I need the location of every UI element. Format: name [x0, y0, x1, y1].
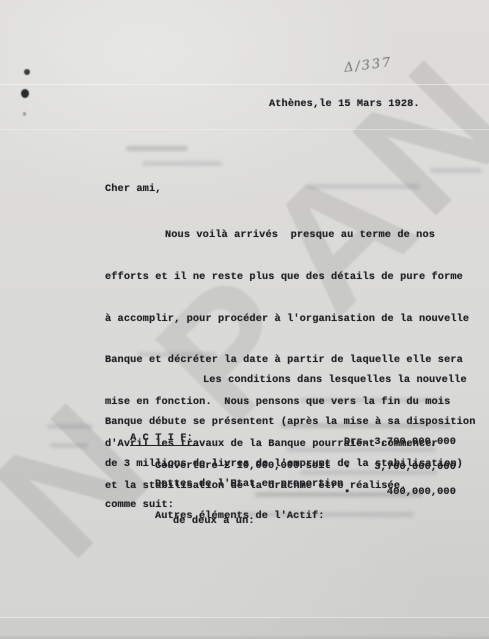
- paragraph-line: Nous voilà arrivés presque au terme de n…: [105, 227, 469, 245]
- amount: 400,000,000: [387, 486, 456, 498]
- paper-crease: [0, 129, 489, 130]
- row-value: Drs. 3,700,000,000: [344, 436, 456, 448]
- ink-spot: [21, 89, 29, 98]
- bleedthrough-smudge: [308, 184, 420, 189]
- row-label: Autres éléments de l'Actif:: [155, 510, 456, 523]
- amount: 3,700,000,000: [374, 436, 456, 448]
- row-value: ▪ 400,000,000: [344, 486, 456, 498]
- paper-crease: [0, 84, 489, 85]
- bleedthrough-smudge: [142, 161, 222, 166]
- paragraph-line: Les conditions dans lesquelles la nouvel…: [105, 372, 484, 390]
- salutation: Cher ami,: [105, 183, 162, 195]
- scanned-letter-page: N P A N Δ/337 Athènes,le 15 Mars 1928. C…: [0, 0, 489, 639]
- bleedthrough-smudge: [126, 146, 188, 151]
- bleedthrough-smudge: [47, 424, 93, 429]
- dateline: Athènes,le 15 Mars 1928.: [269, 98, 420, 110]
- paper-bottom-edge: [0, 617, 489, 639]
- bleedthrough-smudge: [50, 443, 88, 448]
- ink-spot: [24, 69, 30, 75]
- paragraph-line: efforts et il ne reste plus que des déta…: [105, 269, 469, 287]
- ditto-mark: ▪: [344, 486, 350, 498]
- ink-spot: [23, 112, 26, 116]
- amount: 3,700,000,000: [374, 461, 456, 473]
- currency-unit: Drs.: [344, 436, 369, 448]
- paragraph-line: à accomplir, pour procéder à l'organisat…: [105, 311, 469, 329]
- ditto-mark: ▪: [344, 461, 350, 473]
- table-row: Autres éléments de l'Actif: ▪ 400,000,00…: [155, 486, 456, 559]
- row-value: ▪ 3,700,000,000: [344, 461, 456, 473]
- bleedthrough-smudge: [430, 168, 482, 173]
